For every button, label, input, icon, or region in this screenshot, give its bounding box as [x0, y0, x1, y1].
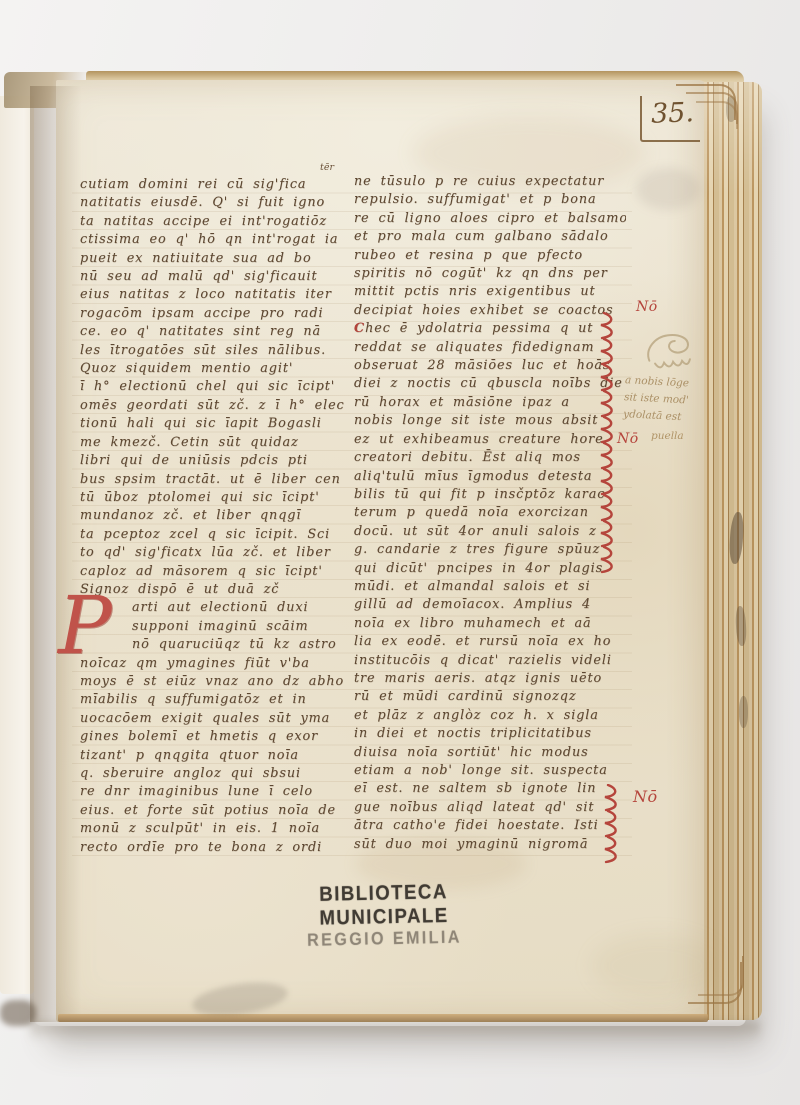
manuscript-line: terum p quedā noīa exorcizan [354, 504, 626, 522]
manuscript-line: ne tūsulo p re cuius expectatur [354, 173, 626, 191]
manuscript-line: gue noībus aliqd lateat qd' sit [354, 799, 626, 817]
manuscript-line: obseruat 28 māsiōes luc et hoās [354, 357, 626, 375]
manuscript-line: tū ūboz ptolomei qui sic īcipt' [80, 489, 356, 507]
manuscript-line: natitatis eiusdē. Q' si fuit igno [80, 194, 356, 212]
manuscript-line: nō quaruciūqz tū kz astro [80, 636, 356, 654]
bottom-shadow [30, 1022, 760, 1042]
manuscript-line: diuisa noīa sortiūt' hic modus [354, 744, 626, 762]
interlinear-correction: tēr [320, 162, 334, 173]
fore-edge-stain [739, 696, 748, 728]
manuscript-line: eī est. ne saltem sb ignote lin [354, 780, 626, 798]
manuscript-column-left: cutiam domini rei cū sig'ficanatitatis e… [80, 176, 356, 860]
manuscript-line: mūdi. et almandal salois et si [354, 578, 626, 596]
nota-mark-bottom: Nō [633, 787, 658, 806]
stamp-line-1: BIBLIOTECA MUNICIPALE [258, 880, 510, 933]
manuscript-line: ez ut exhibeamus creature hore [354, 431, 626, 449]
manuscript-line: rū horax et māsiōne ipaz a [354, 394, 626, 412]
rubric-flourish-chain [593, 784, 619, 864]
manuscript-line: g. candarie z tres figure spūuz [354, 541, 626, 559]
manuscript-line: arti aut electionū duxi [80, 599, 356, 617]
manuscript-line: me kmezč. Cetin sūt quidaz [80, 434, 356, 452]
manuscript-line: etiam a nob' longe sit. suspecta [354, 762, 626, 780]
manuscript-line: sūt duo moi ymaginū nigromā [354, 836, 626, 854]
manuscript-photo: 35. cutiam domini rei cū sig'ficanatitat… [0, 0, 800, 1105]
manuscript-line: Chec ē ydolatria pessima q ut [354, 320, 626, 338]
manuscript-line: omēs geordati sūt zč. z ī h° elec [80, 397, 356, 415]
manuscript-line: noīa ex libro muhamech et aā [354, 615, 626, 633]
manuscript-line: tre maris aeris. atqz ignis uēto [354, 670, 626, 688]
manuscript-line: monū z sculpūt' in eis. 1 noīa [80, 820, 356, 838]
manuscript-line: in diei et noctis triplicitatibus [354, 725, 626, 743]
manuscript-line: pueit ex natiuitate sua ad bo [80, 250, 356, 268]
manuscript-line: nobis longe sit iste mous absit [354, 412, 626, 430]
manuscript-line: et pro mala cum galbano sādalo [354, 228, 626, 246]
manuscript-line: Quoz siquidem mentio agit' [80, 360, 356, 378]
manuscript-line: et plāz z anglòz coz h. x sigla [354, 707, 626, 725]
nota-middle-gloss: puella [651, 430, 684, 442]
manuscript-line: repulsio. suffumigat' et p bona [354, 191, 626, 209]
manuscript-line: bilis tū qui fit p insčptōz karac [354, 486, 626, 504]
manuscript-line: lia ex eodē. et rursū noīa ex ho [354, 633, 626, 651]
manuscript-line: recto ordīe pro te bona z ordi [80, 839, 356, 857]
marginal-gloss: a nobis lōge sit iste mod' ydolatā est [623, 372, 736, 429]
manuscript-line: ī h° electionū chel qui sic īcipt' [80, 378, 356, 396]
manuscript-line: aliq'tulū mīus īgmodus detesta [354, 468, 626, 486]
manuscript-line: mittit pctis nris exigentibus ut [354, 283, 626, 301]
manuscript-line: libri qui de uniūsis pdcis pti [80, 452, 356, 470]
manuscript-line: gines bolemī et hmetis q exor [80, 728, 356, 746]
manuscript-line: nū seu ad malū qd' sig'ficauit [80, 268, 356, 286]
manuscript-line: gillū ad demoīacox. Amplius 4 [354, 596, 626, 614]
manuscript-line: re dnr imaginibus lune ī celo [80, 783, 356, 801]
folio-number: 35. [641, 95, 700, 130]
manuscript-line: re cū ligno aloes cipro et balsamo [354, 210, 626, 228]
rubricated-initial: P [58, 586, 112, 666]
manuscript-line: creatori debitu. Ēst aliq mos [354, 449, 626, 467]
gutter-corner-shadow [0, 1000, 36, 1026]
manuscript-line: ta pceptoz zcel q sic īcipit. Sci [80, 526, 356, 544]
manuscript-line: ce. eo q' natitates sint reg nā [80, 323, 356, 341]
facing-page-sliver [0, 96, 34, 994]
manuscript-line: ta natitas accipe ei int'rogatiōz [80, 213, 356, 231]
manuscript-line: spiritis nō cogūt' kz qn dns per [354, 265, 626, 283]
manuscript-line: tionū hali qui sic īapit Bogasli [80, 415, 356, 433]
manuscript-line: docū. ut sūt 4or anuli salois z [354, 523, 626, 541]
manuscript-line: mīabilis q suffumigatōz et in [80, 691, 356, 709]
manuscript-line: decipiat hoies exhibet se coactos [354, 302, 626, 320]
manuscript-line: uocacōem exigit quales sūt yma [80, 710, 356, 728]
manuscript-line: les ītrogatōes sūt siles nālibus. [80, 342, 356, 360]
manuscript-line: cutiam domini rei cū sig'fica [80, 176, 356, 194]
rubric-flourish-chain [589, 312, 615, 580]
nota-mark-middle: Nō [617, 431, 639, 447]
manuscript-line: caploz ad māsorem q sic īcipt' [80, 563, 356, 581]
manuscript-line: rū et mūdi cardinū signozqz [354, 688, 626, 706]
manuscript-line: rubeo et resina p que pfecto [354, 247, 626, 265]
gutter-shadow [30, 86, 86, 1022]
manuscript-line: q. sberuire angloz qui sbsui [80, 765, 356, 783]
manuscript-line: to qd' sig'ficatx lūa zč. et liber [80, 544, 356, 562]
manuscript-line: ātra catho'e fidei hoestate. Isti [354, 817, 626, 835]
manuscript-line: bus spsim tractāt. ut ē liber cen [80, 471, 356, 489]
nota-mark-top: Nō [636, 299, 658, 315]
library-stamp: BIBLIOTECA MUNICIPALE REGGIO EMILIA [255, 881, 512, 951]
manuscript-line: eius. et forte sūt potius noīa de [80, 802, 356, 820]
book-bottom-edge [58, 1014, 708, 1022]
manuscript-line: ctissima eo q' hō qn int'rogat ia [80, 231, 356, 249]
manuscript-line: institucōis q dicat' razielis videli [354, 652, 626, 670]
manuscript-line: Signoz dispō ē ut duā zč [80, 581, 356, 599]
leaf-corner-curl [698, 956, 744, 996]
manuscript-line: eius natitas z loco natitatis iter [80, 286, 356, 304]
leaf-corner-curl [696, 101, 738, 129]
manuscript-line: supponi imaginū scāim [80, 618, 356, 636]
manuscript-line: mundanoz zč. et liber qnqgī [80, 507, 356, 525]
manuscript-line: reddat se aliquates fidedignam [354, 339, 626, 357]
folio-number-bracket: 35. [640, 96, 700, 142]
manuscript-line: diei z noctis cū qbuscla noībs die [354, 375, 626, 393]
manuscript-line: noīcaz qm ymagines fiūt v'ba [80, 655, 356, 673]
manuscript-line: tizant' p qnqgita qtuor noīa [80, 747, 356, 765]
manuscript-line: qui dicūt' pncipes in 4or plagis [354, 560, 626, 578]
manuscript-column-right: ne tūsulo p re cuius expectaturrepulsio.… [354, 173, 626, 863]
manuscript-line: moys ē st eiūz vnaz ano dz abho [80, 673, 356, 691]
manuscript-line: rogacōm ipsam accipe pro radi [80, 305, 356, 323]
